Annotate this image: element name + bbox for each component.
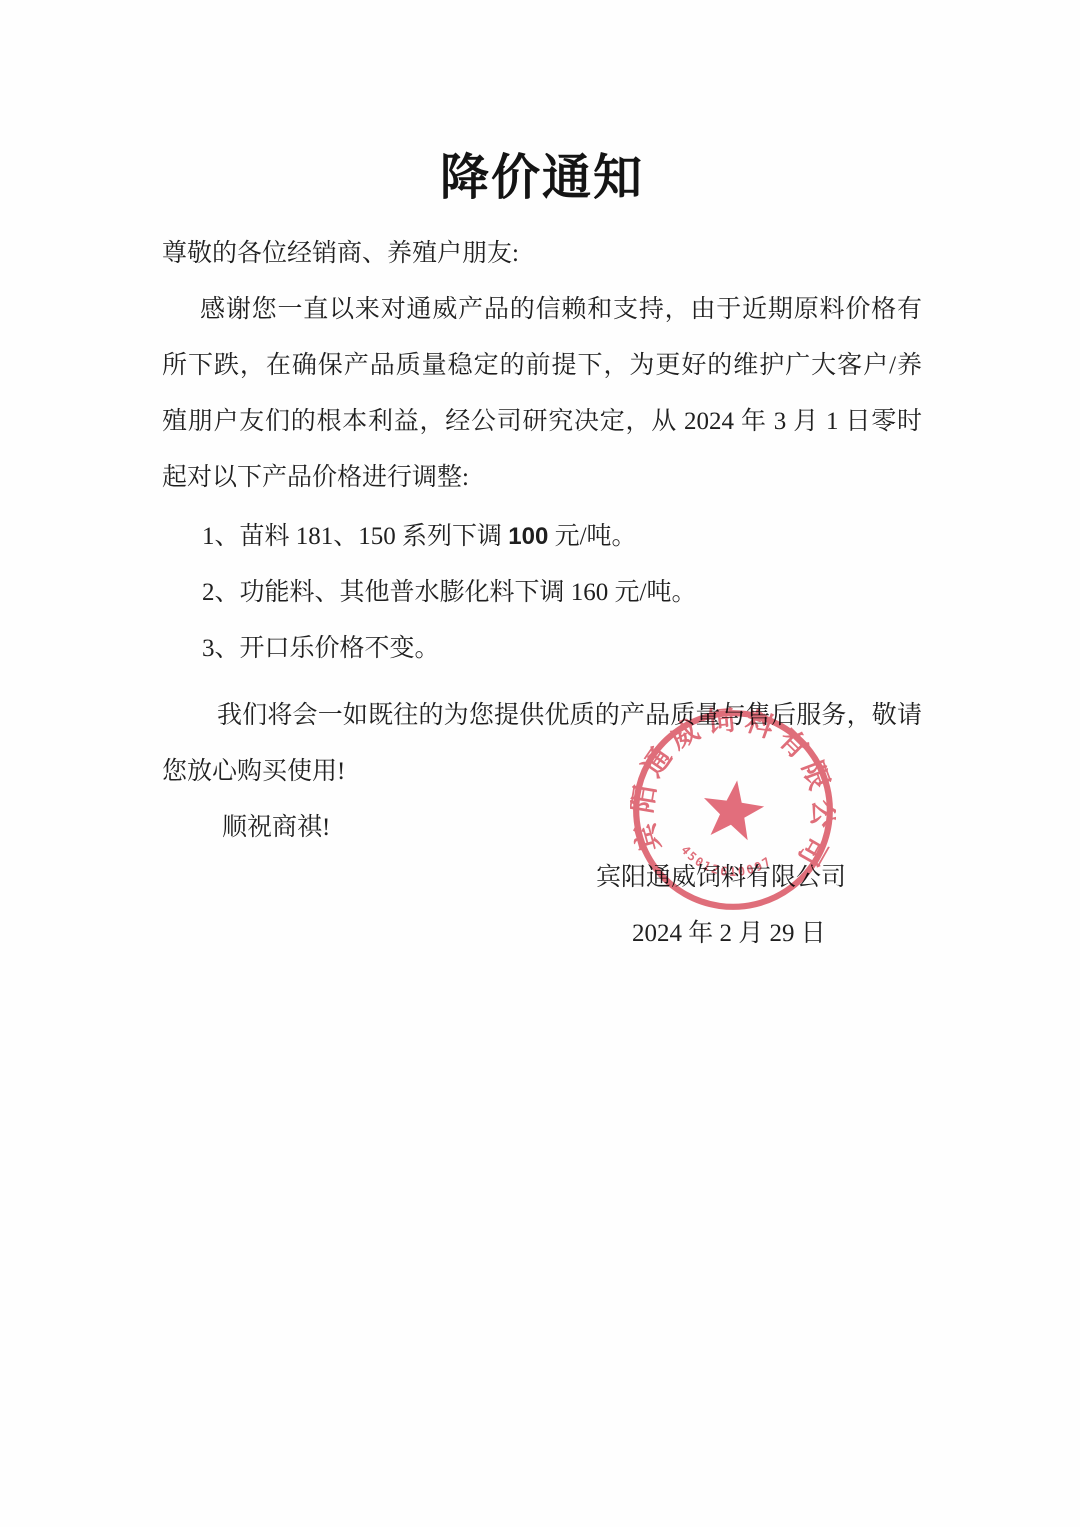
closing-paragraph: 我们将会一如既往的为您提供优质的产品质量与售后服务，敬请 您放心购买使用! (162, 688, 922, 800)
body-line: 殖朋户友们的根本利益，经公司研究决定，从 2024 年 3 月 1 日零时 (162, 394, 922, 450)
notice-document: 降价通知 尊敬的各位经销商、养殖户朋友: 感谢您一直以来对通威产品的信赖和支持，… (0, 0, 1080, 962)
body-line: 所下跌，在确保产品质量稳定的前提下，为更好的维护广大客户/养 (162, 338, 922, 394)
item-text: 1、苗料 181、150 系列下调 (202, 523, 508, 550)
greeting-line: 尊敬的各位经销商、养殖户朋友: (162, 226, 922, 282)
intro-paragraph: 感谢您一直以来对通威产品的信赖和支持，由于近期原料价格有 所下跌，在确保产品质量… (162, 282, 922, 506)
body-line: 起对以下产品价格进行调整: (162, 450, 922, 506)
signature-company-name: 宾阳通威饲料有限公司 (162, 850, 922, 906)
price-adjustment-list: 1、苗料 181、150 系列下调 100 元/吨。 2、功能料、其他普水膨化料… (162, 509, 922, 677)
page-title: 降价通知 (162, 148, 922, 208)
item-value: 100 (508, 523, 548, 550)
item-text: 元/吨。 (548, 523, 636, 550)
notice-item-1: 1、苗料 181、150 系列下调 100 元/吨。 (162, 509, 922, 565)
notice-item-2: 2、功能料、其他普水膨化料下调 160 元/吨。 (162, 565, 922, 621)
signature-date: 2024 年 2 月 29 日 (162, 906, 922, 962)
body-line: 我们将会一如既往的为您提供优质的产品质量与售后服务，敬请 (162, 688, 922, 744)
body-line: 您放心购买使用! (162, 744, 922, 800)
scanned-notice-page: 降价通知 尊敬的各位经销商、养殖户朋友: 感谢您一直以来对通威产品的信赖和支持，… (0, 0, 1080, 1527)
regards-line: 顺祝商祺! (162, 800, 922, 856)
notice-item-3: 3、开口乐价格不变。 (162, 621, 922, 677)
body-line: 感谢您一直以来对通威产品的信赖和支持，由于近期原料价格有 (162, 282, 922, 338)
